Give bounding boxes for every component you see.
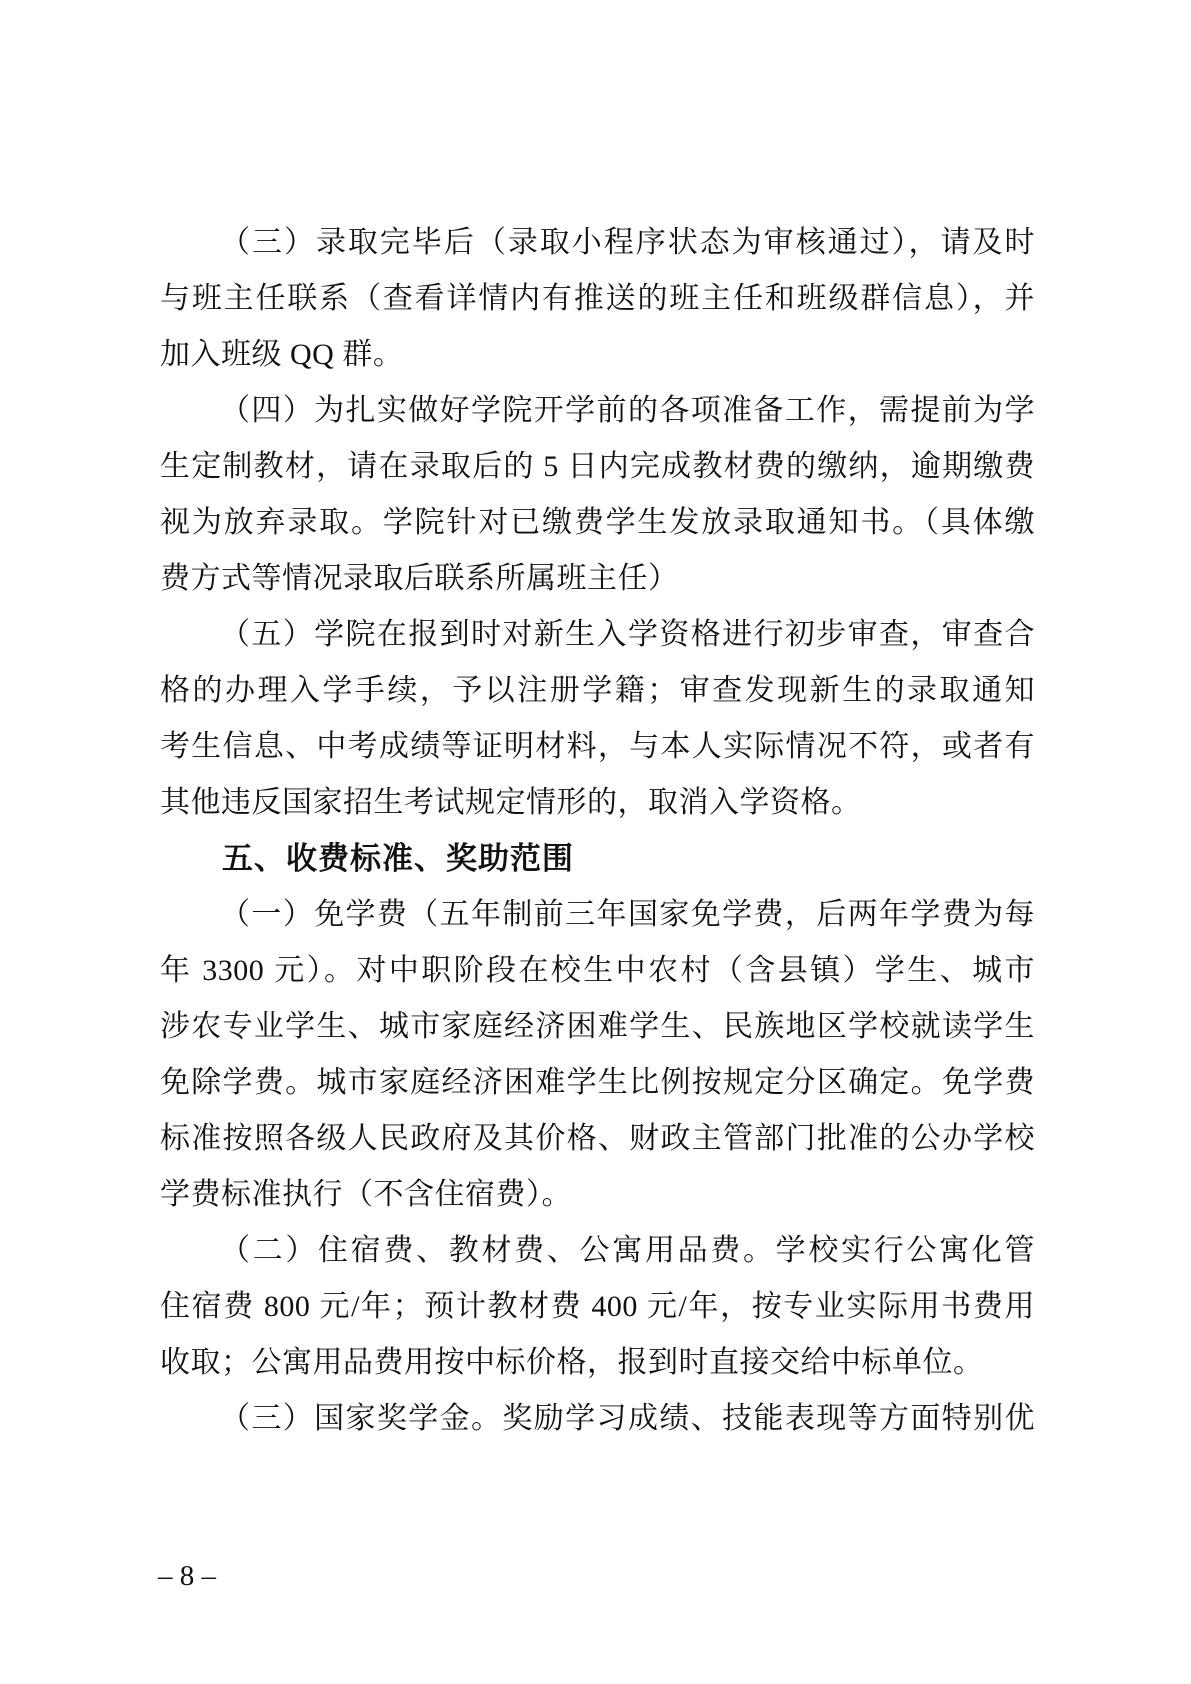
text-line: 费方式等情况录取后联系所属班主任） [160,551,1035,607]
text-line: （一）免学费（五年制前三年国家免学费，后两年学费为每 [160,887,1035,943]
text-line: 收取；公寓用品费用按中标价格，报到时直接交给中标单位。 [160,1335,1035,1391]
text-line: 住宿费 800 元/年；预计教材费 400 元/年，按专业实际用书费用 [160,1279,1035,1335]
text-line: 免除学费。城市家庭经济困难学生比例按规定分区确定。免学费 [160,1055,1035,1111]
document-body: （三）录取完毕后（录取小程序状态为审核通过），请及时与班主任联系（查看详情内有推… [160,215,1035,1447]
text-line: 视为放弃录取。学院针对已缴费学生发放录取通知书。（具体缴 [160,495,1035,551]
text-line: 格的办理入学手续，予以注册学籍；审查发现新生的录取通知书、 [160,663,1035,719]
text-line: （二）住宿费、教材费、公寓用品费。学校实行公寓化管理， [160,1223,1035,1279]
text-line: （三）国家奖学金。奖励学习成绩、技能表现等方面特别优 [160,1391,1035,1447]
text-line: （五）学院在报到时对新生入学资格进行初步审查，审查合 [160,607,1035,663]
text-line: 生定制教材，请在录取后的 5 日内完成教材费的缴纳，逾期缴费 [160,439,1035,495]
text-line: 年 3300 元）。对中职阶段在校生中农村（含县镇）学生、城市 [160,943,1035,999]
text-line: 学费标准执行（不含住宿费）。 [160,1167,1035,1223]
text-line: 涉农专业学生、城市家庭经济困难学生、民族地区学校就读学生 [160,999,1035,1055]
document-page: （三）录取完毕后（录取小程序状态为审核通过），请及时与班主任联系（查看详情内有推… [0,0,1191,1684]
page-number: – 8 – [158,1556,358,1596]
text-line: 加入班级 QQ 群。 [160,327,1035,383]
text-line: 与班主任联系（查看详情内有推送的班主任和班级群信息），并 [160,271,1035,327]
text-line: 标准按照各级人民政府及其价格、财政主管部门批准的公办学校 [160,1111,1035,1167]
text-line: 其他违反国家招生考试规定情形的，取消入学资格。 [160,775,1035,831]
section-heading: 五、收费标准、奖助范围 [160,831,1035,887]
text-line: （四）为扎实做好学院开学前的各项准备工作，需提前为学 [160,383,1035,439]
text-line: 考生信息、中考成绩等证明材料，与本人实际情况不符，或者有 [160,719,1035,775]
text-line: （三）录取完毕后（录取小程序状态为审核通过），请及时 [160,215,1035,271]
